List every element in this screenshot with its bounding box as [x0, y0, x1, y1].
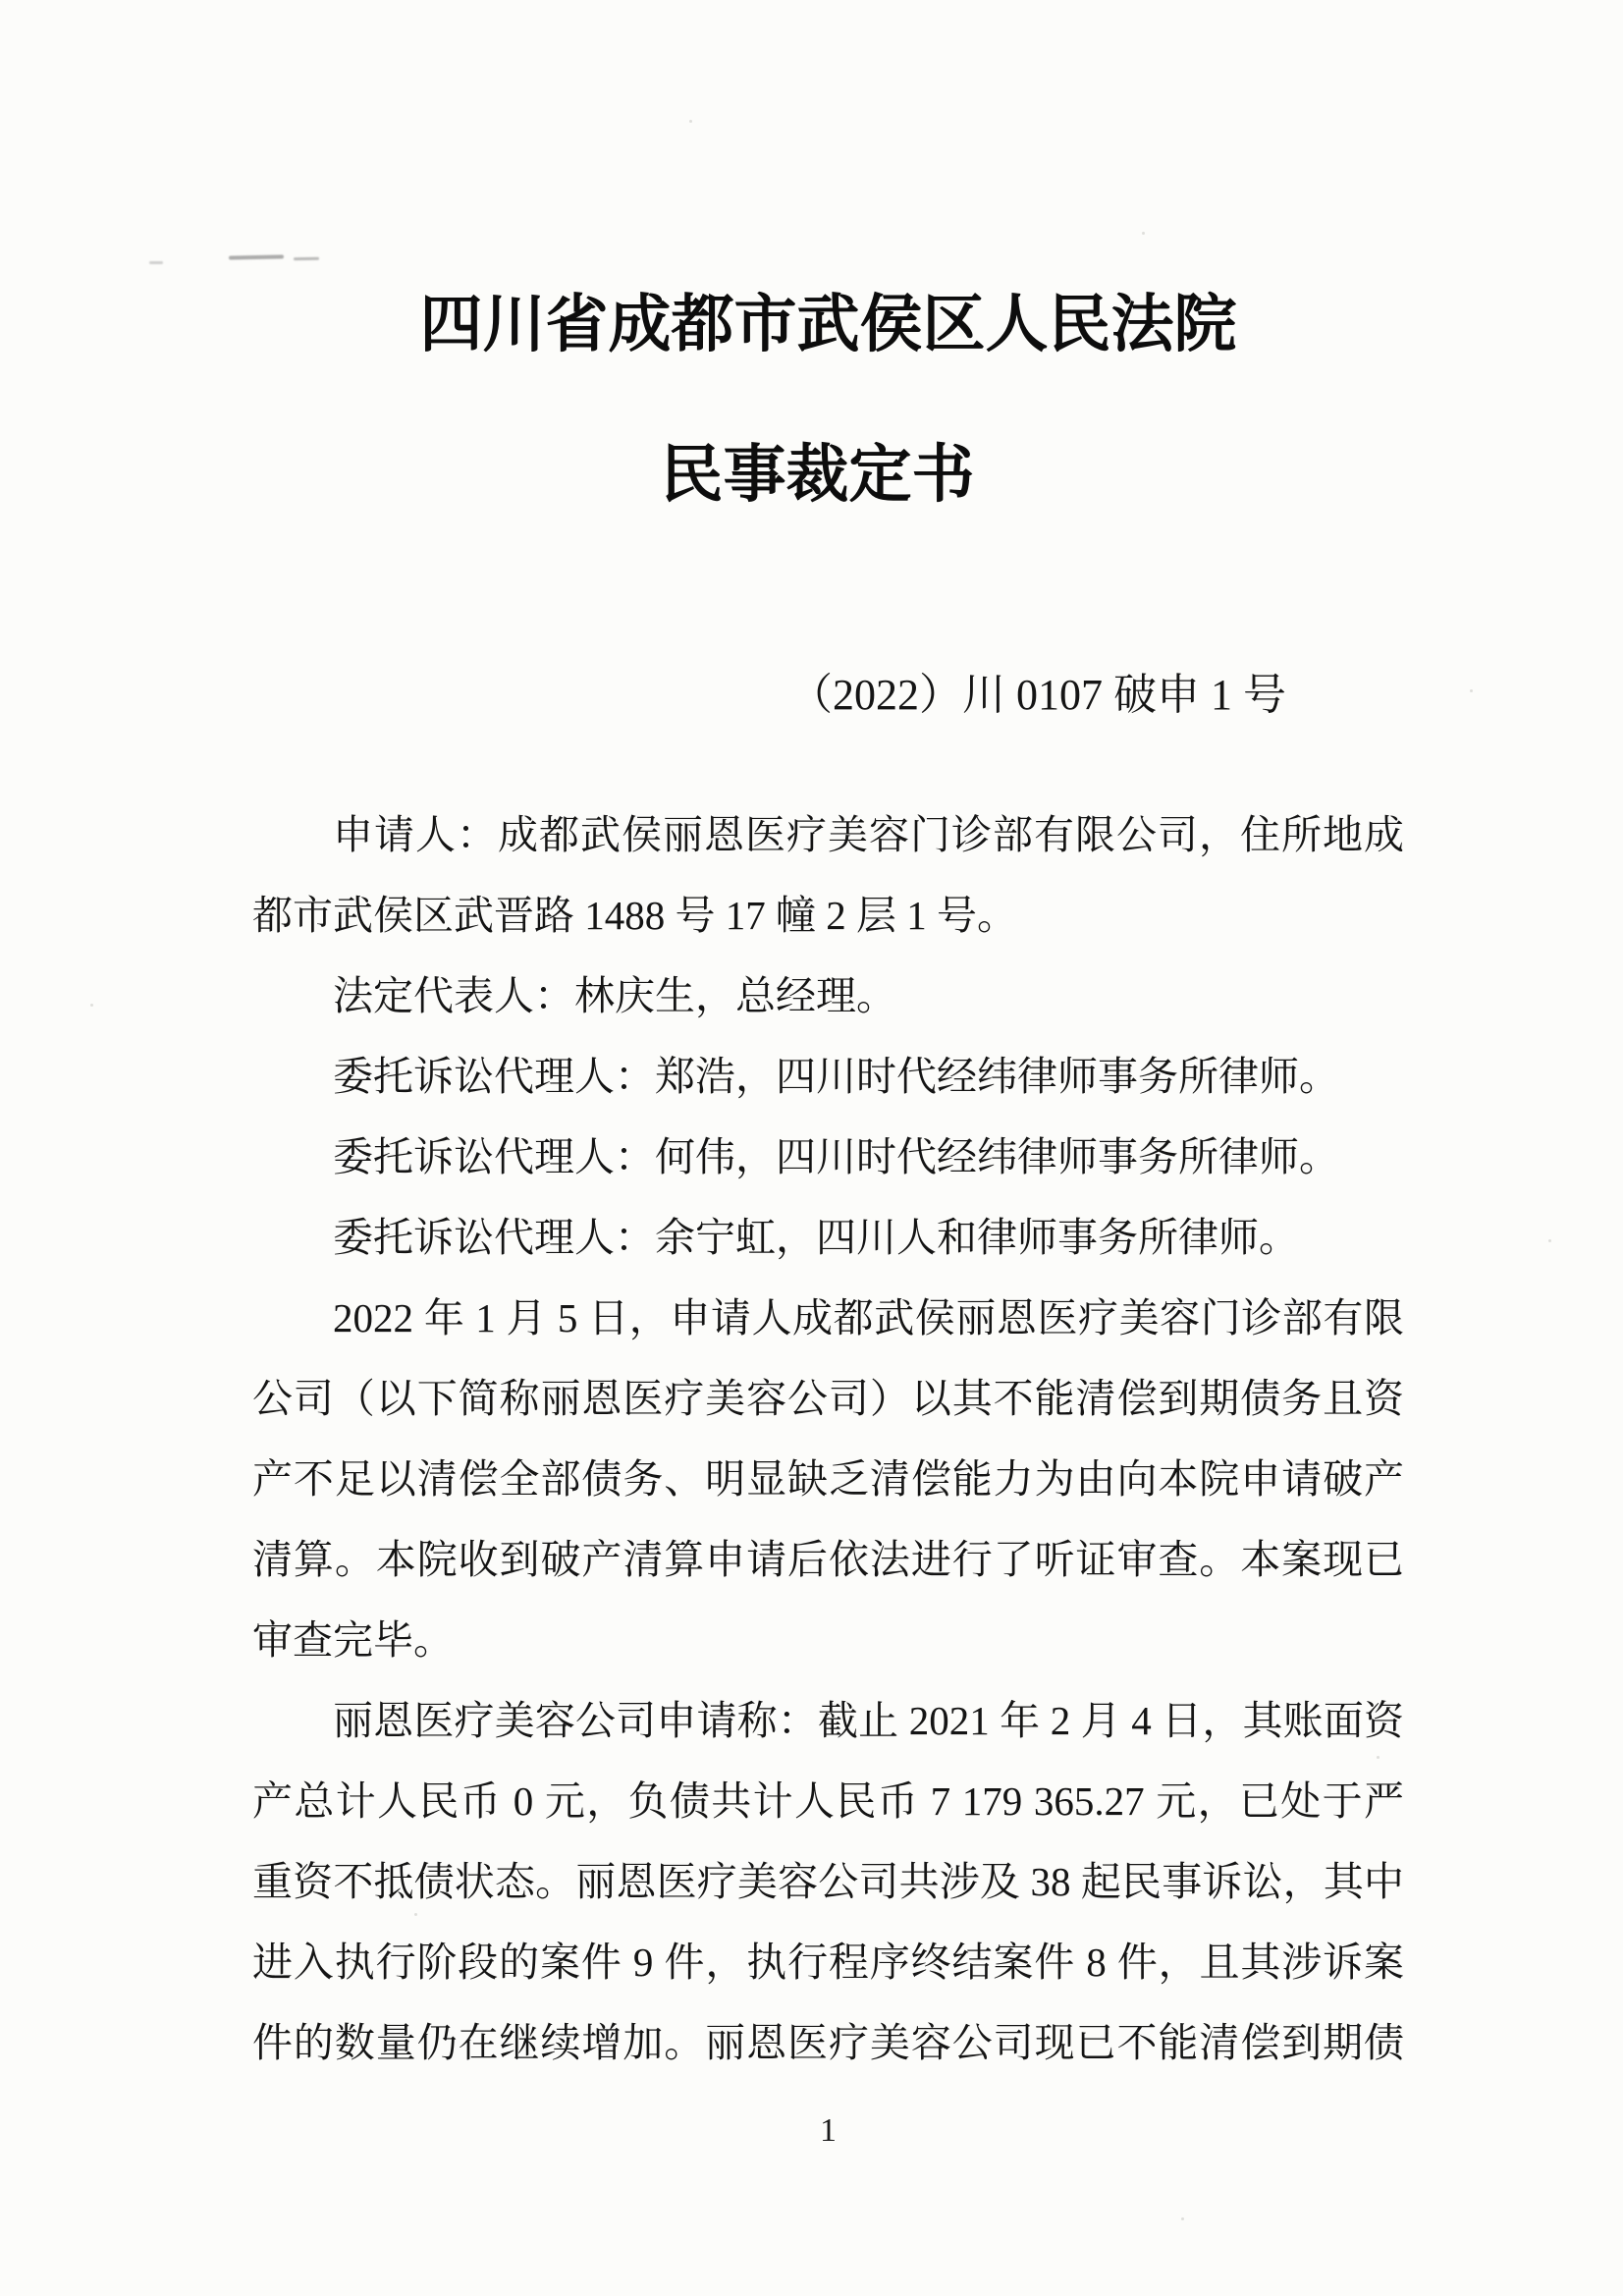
scan-smudge: [294, 257, 319, 260]
case-number: （2022）川 0107 破申 1 号: [789, 672, 1286, 719]
body-line: 公司（以下简称丽恩医疗美容公司）以其不能清偿到期债务且资: [252, 1358, 1404, 1439]
document-type-title: 民事裁定书: [12, 438, 1623, 513]
body-line: 产总计人民币 0 元，负债共计人民币 7 179 365.27 元，已处于严: [252, 1761, 1404, 1841]
body-line: 都市武侯区武晋路 1488 号 17 幢 2 层 1 号。: [252, 875, 1404, 956]
body-line: 件的数量仍在继续增加。丽恩医疗美容公司现已不能清偿到期债: [252, 2002, 1404, 2083]
scan-speck: [1142, 232, 1145, 235]
body-line: 委托诉讼代理人：何伟，四川时代经纬律师事务所律师。: [252, 1117, 1404, 1197]
scan-speck: [1470, 689, 1473, 692]
body-line: 申请人：成都武侯丽恩医疗美容门诊部有限公司，住所地成: [252, 794, 1404, 875]
body-line: 审查完毕。: [252, 1600, 1404, 1680]
scan-smudge: [229, 254, 284, 259]
page-number: 1: [33, 2111, 1623, 2151]
document-body: 申请人：成都武侯丽恩医疗美容门诊部有限公司，住所地成都市武侯区武晋路 1488 …: [252, 794, 1404, 2083]
body-line: 产不足以清偿全部债务、明显缺乏清偿能力为由向本院申请破产: [252, 1439, 1404, 1519]
body-line: 重资不抵债状态。丽恩医疗美容公司共涉及 38 起民事诉讼，其中: [252, 1841, 1404, 1922]
scan-speck: [90, 1004, 93, 1007]
body-line: 法定代表人：林庆生，总经理。: [252, 956, 1404, 1036]
scan-smudge: [149, 261, 163, 264]
body-line: 委托诉讼代理人：余宁虹，四川人和律师事务所律师。: [252, 1197, 1404, 1278]
scan-speck: [1548, 1239, 1551, 1242]
body-line: 丽恩医疗美容公司申请称：截止 2021 年 2 月 4 日，其账面资: [252, 1680, 1404, 1761]
body-line: 2022 年 1 月 5 日，申请人成都武侯丽恩医疗美容门诊部有限: [252, 1278, 1404, 1358]
body-line: 委托诉讼代理人：郑浩，四川时代经纬律师事务所律师。: [252, 1036, 1404, 1117]
body-line: 进入执行阶段的案件 9 件，执行程序终结案件 8 件，且其涉诉案: [252, 1922, 1404, 2002]
scan-speck: [1181, 2217, 1184, 2220]
body-line: 清算。本院收到破产清算申请后依法进行了听证审查。本案现已: [252, 1519, 1404, 1600]
document-page: 四川省成都市武侯区人民法院 民事裁定书 （2022）川 0107 破申 1 号 …: [0, 0, 1623, 2296]
scan-speck: [689, 120, 692, 123]
court-name: 四川省成都市武侯区人民法院: [33, 279, 1623, 371]
